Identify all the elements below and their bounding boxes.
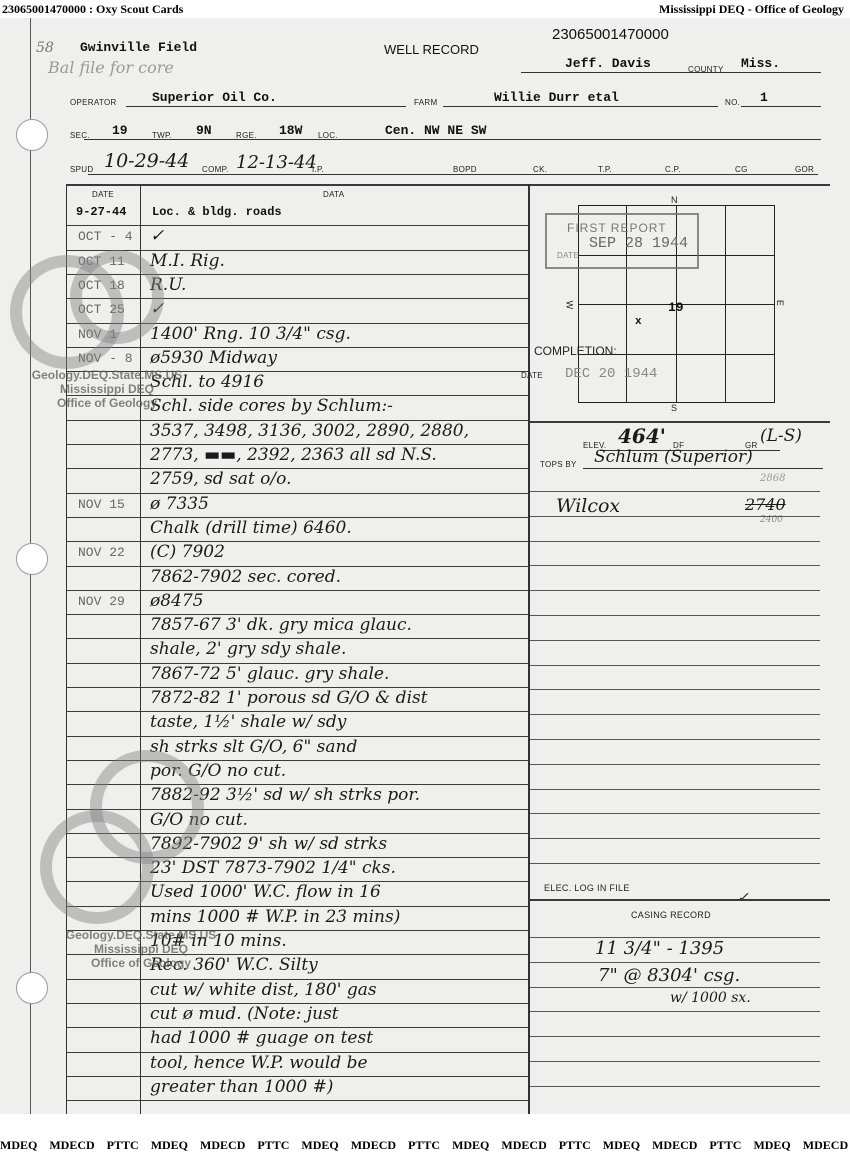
entry-date: OCT - 4 <box>78 229 133 244</box>
casing-entry: 7" @ 8304' csg. <box>598 965 740 986</box>
ruled-line <box>530 739 820 740</box>
agency-title: Mississippi DEQ - Office of Geology <box>659 2 844 17</box>
ruled-line <box>66 541 528 542</box>
deq-watermark-logo <box>90 750 204 864</box>
footer-token: MDECD <box>49 1138 94 1152</box>
elec-log-label: ELEC. LOG IN FILE <box>544 883 630 893</box>
plat-south: S <box>671 403 677 413</box>
comp-label: COMP. <box>202 165 229 174</box>
ruled-line <box>530 838 820 839</box>
footer-token: PTTC <box>408 1138 440 1152</box>
bopd-label: BOPD <box>453 165 477 174</box>
footer-token: MDECD <box>351 1138 396 1152</box>
plat-west: W <box>564 301 574 310</box>
elev-value: 464' <box>618 424 666 448</box>
entry-text: (C) 7902 <box>150 542 225 562</box>
ruled-line <box>530 615 820 616</box>
entry-text: greater than 1000 #) <box>150 1077 333 1097</box>
ck-label: CK. <box>533 165 547 174</box>
tp-label: T.P. <box>598 165 612 174</box>
farm-label: FARM <box>414 98 437 107</box>
ruled-line <box>530 1061 820 1062</box>
entry-date: NOV 29 <box>78 594 125 609</box>
entry-text: 7857-67 3' dk. gry mica glauc. <box>150 615 412 635</box>
entry-text: ø 7335 <box>150 494 209 514</box>
plat-north: N <box>671 195 678 205</box>
ruled-line <box>530 689 820 690</box>
ruled-line <box>530 565 820 566</box>
entry-text: cut ø mud. (Note: just <box>150 1004 339 1024</box>
ruled-line <box>530 1086 820 1087</box>
footer-token: MDECD <box>652 1138 697 1152</box>
formation-depth-revised: 2868 <box>760 473 785 484</box>
ruled-line <box>530 665 820 666</box>
page-header: 23065001470000 : Oxy Scout Cards Mississ… <box>0 0 850 18</box>
cg-label: CG <box>735 165 748 174</box>
elec-log-check: ✓ <box>737 890 749 906</box>
plat-east: E <box>775 300 785 306</box>
ruled-line <box>66 225 528 226</box>
formation-name: Wilcox <box>556 495 620 517</box>
footer-token: MDEQ <box>151 1138 188 1152</box>
entry-text: 7867-72 5' glauc. gry shale. <box>150 664 389 684</box>
loc-value: Cen. NW NE SW <box>385 123 486 138</box>
gor-label: GOR <box>795 165 814 174</box>
ruled-line <box>66 1100 528 1101</box>
entry-text: 1400' Rng. 10 3/4" csg. <box>150 324 351 344</box>
farm-value: Willie Durr etal <box>494 90 619 105</box>
entry-text: 23' DST 7873-7902 1/4" cks. <box>150 858 396 878</box>
entry-date: NOV 22 <box>78 545 125 560</box>
twp-value: 9N <box>196 123 212 138</box>
footer-token: MDECD <box>501 1138 546 1152</box>
pencil-note: Bal file for core <box>48 58 174 77</box>
casing-record-label: CASING RECORD <box>631 910 711 920</box>
date-header: DATE <box>92 190 114 199</box>
document-id-title: 23065001470000 : Oxy Scout Cards <box>2 2 183 17</box>
ruled-line <box>530 590 820 591</box>
ruled-line <box>530 640 820 641</box>
state-value: Miss. <box>741 56 780 71</box>
casing-entry: w/ 1000 sx. <box>670 990 751 1006</box>
ruled-line <box>530 516 820 517</box>
ruled-line <box>530 863 820 864</box>
formation-depth: 2740 <box>745 495 786 514</box>
entry-text: 2773, ▬▬, 2392, 2363 all sd N.S. <box>150 445 437 465</box>
footer-token: MDECD <box>200 1138 245 1152</box>
footer-token: PTTC <box>559 1138 591 1152</box>
footer-token: MDECD <box>803 1138 848 1152</box>
ruled-line <box>530 789 820 790</box>
tops-by-label: TOPS BY <box>540 460 577 469</box>
ruled-line <box>530 1036 820 1037</box>
entry-text: had 1000 # guage on test <box>150 1028 373 1048</box>
entry-text: cut w/ white dist, 180' gas <box>150 980 377 1000</box>
entry-text: taste, 1½' shale w/ sdy <box>150 712 346 732</box>
completion-stamp-date: DEC 20 1944 <box>565 366 657 382</box>
deq-watermark-text: Geology.DEQ.State.MS.US Mississippi DEQ … <box>12 368 202 410</box>
data-header: DATA <box>323 190 344 199</box>
ruled-line <box>530 714 820 715</box>
margin-note: 58 <box>36 40 54 56</box>
punch-hole <box>16 972 48 1004</box>
completion-date-label: DATE <box>521 371 543 380</box>
footer-token: PTTC <box>257 1138 289 1152</box>
plat-section-number: 19 <box>668 300 684 315</box>
operator-label: OPERATOR <box>70 98 117 107</box>
first-report-stamp: FIRST REPORT DATE SEP 28 1944 <box>545 213 699 269</box>
entry-text: Used 1000' W.C. flow in 16 <box>150 882 381 902</box>
entry-date: NOV 15 <box>78 497 125 512</box>
well-location-mark: x <box>635 316 642 328</box>
entry-text: Chalk (drill time) 6460. <box>150 518 352 538</box>
spud-label: SPUD <box>70 165 93 174</box>
entry-text: tool, hence W.P. would be <box>150 1053 368 1073</box>
gr-value: (L-S) <box>760 426 802 446</box>
entry-date: 9-27-44 <box>76 205 126 219</box>
entry-text: ø5930 Midway <box>150 348 277 368</box>
entry-text: ø8475 <box>150 591 204 611</box>
table-top-rule <box>66 184 830 186</box>
comp-date: 12-13-44 <box>236 152 317 173</box>
entry-text: sh strks slt G/O, 6" sand <box>150 737 357 757</box>
field-name: Gwinville Field <box>80 40 197 55</box>
record-title: WELL RECORD <box>384 42 479 57</box>
ruled-line <box>66 590 528 591</box>
cp-label: C.P. <box>665 165 681 174</box>
entry-text: 2759, sd sat o/o. <box>150 469 291 489</box>
footer-token: MDEQ <box>753 1138 790 1152</box>
ruled-line <box>66 250 528 251</box>
no-label: NO. <box>725 98 740 107</box>
ruled-line <box>66 347 528 348</box>
tops-by-value: Schlum (Superior) <box>594 447 753 467</box>
ruled-line <box>66 468 528 469</box>
entry-text: shale, 2' gry sdy shale. <box>150 639 346 659</box>
entry-text: 7872-82 1' porous sd G/O & dist <box>150 688 428 708</box>
entry-text: mins 1000 # W.P. in 23 mins) <box>150 907 400 927</box>
county-value: Jeff. Davis <box>565 56 651 71</box>
footer-token: PTTC <box>709 1138 741 1152</box>
ruled-line <box>530 491 820 492</box>
entry-text: M.I. Rig. <box>150 251 225 271</box>
ruled-line <box>530 764 820 765</box>
operator-value: Superior Oil Co. <box>152 90 277 105</box>
deq-watermark-text: Geology.DEQ.State.MS.US Mississippi DEQ … <box>46 928 236 970</box>
entry-text: Loc. & bldg. roads <box>152 205 282 219</box>
sec-value: 19 <box>112 123 128 138</box>
ip-label: I.P. <box>312 165 324 174</box>
ruled-line <box>530 541 820 542</box>
ruled-line <box>530 813 820 814</box>
footer-token: MDEQ <box>0 1138 37 1152</box>
entry-text: 3537, 3498, 3136, 3002, 2890, 2880, <box>150 421 469 441</box>
footer-tokens: MDEQMDECDPTTCMDEQMDECDPTTCMDEQMDECDPTTCM… <box>0 1138 850 1153</box>
ruled-line <box>530 962 820 963</box>
deq-watermark-logo <box>70 250 164 344</box>
punch-hole <box>16 119 48 151</box>
casing-entry: 11 3/4" - 1395 <box>595 938 724 959</box>
footer-token: PTTC <box>107 1138 139 1152</box>
entry-text: 7862-7902 sec. cored. <box>150 567 341 587</box>
footer-token: MDEQ <box>452 1138 489 1152</box>
rge-value: 18W <box>279 123 302 138</box>
ruled-line <box>66 493 528 494</box>
entry-text: ✓ <box>150 226 164 246</box>
punch-hole <box>16 543 48 575</box>
footer-token: MDEQ <box>603 1138 640 1152</box>
center-divider <box>528 184 530 1114</box>
ruled-line <box>530 1011 820 1012</box>
api-number: 23065001470000 <box>552 26 669 43</box>
ruled-line <box>530 987 820 988</box>
no-value: 1 <box>760 90 768 105</box>
footer-token: MDEQ <box>301 1138 338 1152</box>
completion-label: COMPLETION: <box>534 344 617 358</box>
spud-date: 10-29-44 <box>104 150 189 172</box>
